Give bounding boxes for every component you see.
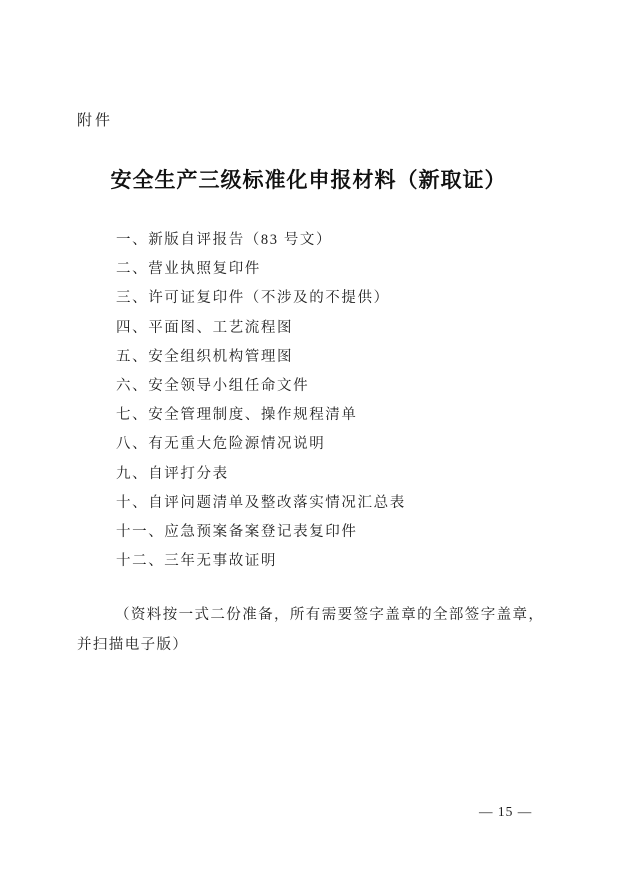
list-item: 五、安全组织机构管理图 — [116, 343, 406, 372]
preparation-note: （资料按一式二份准备，所有需要签字盖章的全部签字盖章， 并扫描电子版） — [77, 600, 545, 660]
document-page: 附件 安全生产三级标准化申报材料（新取证） 一、新版自评报告（83 号文） 二、… — [0, 0, 617, 876]
note-line: （资料按一式二份准备，所有需要签字盖章的全部签字盖章， — [77, 600, 545, 630]
list-item: 十、自评问题清单及整改落实情况汇总表 — [116, 489, 406, 518]
list-item: 一、新版自评报告（83 号文） — [116, 226, 406, 255]
list-item: 八、有无重大危险源情况说明 — [116, 430, 406, 459]
attachment-label: 附件 — [77, 109, 113, 130]
page-number: — 15 — — [479, 804, 532, 820]
list-item: 十二、三年无事故证明 — [116, 547, 406, 576]
list-item: 四、平面图、工艺流程图 — [116, 314, 406, 343]
list-item: 三、许可证复印件（不涉及的不提供） — [116, 284, 406, 313]
list-item: 十一、应急预案备案登记表复印件 — [116, 518, 406, 547]
list-item: 六、安全领导小组任命文件 — [116, 372, 406, 401]
materials-list: 一、新版自评报告（83 号文） 二、营业执照复印件 三、许可证复印件（不涉及的不… — [116, 226, 406, 576]
note-line: 并扫描电子版） — [77, 630, 545, 660]
list-item: 二、营业执照复印件 — [116, 255, 406, 284]
list-item: 九、自评打分表 — [116, 460, 406, 489]
list-item: 七、安全管理制度、操作规程清单 — [116, 401, 406, 430]
page-title: 安全生产三级标准化申报材料（新取证） — [0, 164, 617, 194]
